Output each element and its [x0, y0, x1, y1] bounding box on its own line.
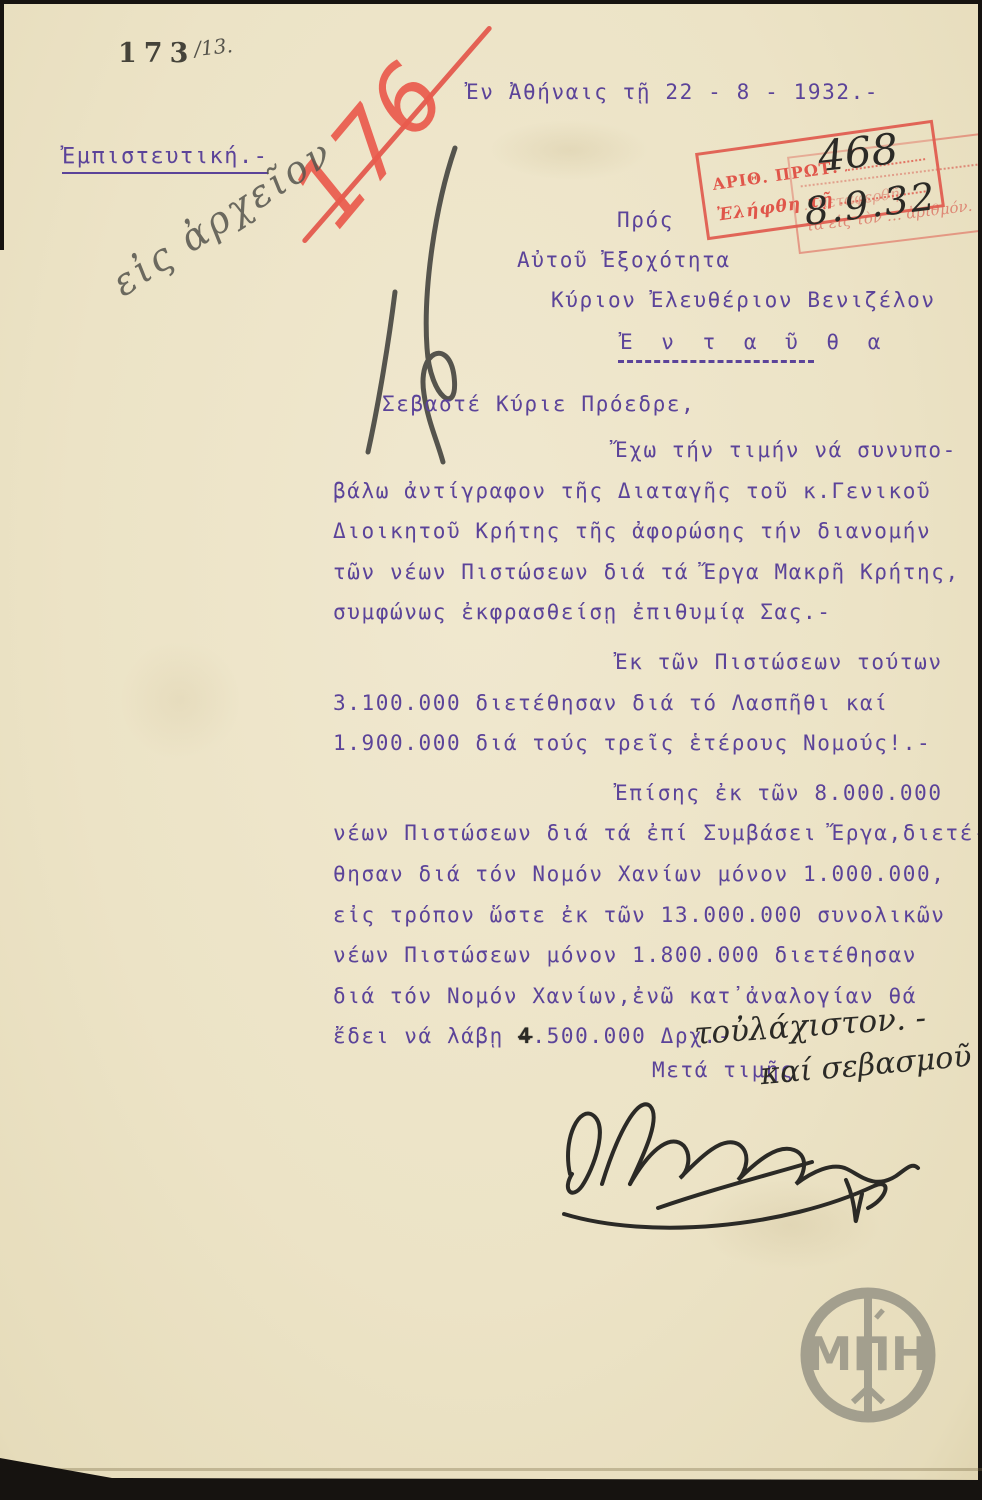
paper-bottom-edge	[0, 1468, 982, 1471]
paper-stain	[120, 640, 240, 760]
overwritten-digit: 4	[518, 1024, 532, 1048]
recipient-intro: Πρός	[617, 208, 674, 232]
archive-number: 173/13.	[118, 38, 234, 69]
scan-edge-bottom	[0, 1452, 982, 1500]
body-line: 3.100.000 διετέθησαν διά τό Λασπῆθι καί	[333, 683, 973, 724]
body-line: τῶν νέων Πιστώσεων διά τά Ἔργα Μακρῆ Κρή…	[333, 552, 973, 593]
body-line: εἰς τρόπον ὥστε ἐκ τῶν 13.000.000 συνολι…	[333, 895, 973, 936]
pencil-number	[335, 140, 485, 470]
archive-number-stamped: 173	[118, 38, 195, 69]
receipt-stamp: …μεταφερθῆ- τα εἰς τὸν … ἀριθμόν. ΑΡΙΘ. …	[700, 126, 982, 256]
recipient-name: Κύριον Ἐλευθέριον Βενιζέλον	[551, 288, 936, 312]
archive-monogram-stamp: ΜΠΗ	[793, 1280, 943, 1430]
signature	[540, 1076, 930, 1246]
body-line: νέων Πιστώσεων μόνον 1.800.000 διετέθησα…	[333, 935, 973, 976]
dateline: Ἐν Ἀθήναις τῇ 22 - 8 - 1932.-	[466, 80, 879, 104]
recipient-place: Ἐ ν τ α ῦ θ α	[620, 330, 888, 354]
archive-number-handwritten: /13.	[193, 33, 234, 61]
scanned-letter-page: 173/13. Ἐν Ἀθήναις τῇ 22 - 8 - 1932.- Ἐμ…	[0, 0, 982, 1500]
body-line: Ἐπίσης ἐκ τῶν 8.000.000	[333, 773, 973, 814]
monogram-letters: ΜΠΗ	[807, 1327, 930, 1381]
body-line: βάλω ἀντίγραφον τῆς Διαταγῆς τοῦ κ.Γενικ…	[333, 471, 973, 512]
body-line: θησαν διά τόν Νομόν Χανίων μόνον 1.000.0…	[333, 854, 973, 895]
letter-body: Ἔχω τήν τιμήν νά συνυπο- βάλω ἀντίγραφον…	[333, 430, 973, 1057]
body-line: νέων Πιστώσεων διά τά ἐπί Συμβάσει Ἔργα,…	[333, 813, 973, 854]
body-line-text: ἔδει νά λάβῃ	[333, 1024, 518, 1048]
scan-edge-right	[978, 0, 982, 1500]
paper-stain	[490, 120, 650, 180]
body-line: Ἐκ τῶν Πιστώσεων τούτων	[333, 642, 973, 683]
stamp-protocol-number-handwritten: 468	[816, 124, 901, 181]
scan-edge-top	[0, 0, 982, 4]
scan-edge-left	[0, 0, 4, 250]
body-line: 1.900.000 διά τούς τρεῖς ἑτέρους Νομούς!…	[333, 723, 973, 764]
salutation: Σεβαστέ Κύριε Πρόεδρε,	[382, 392, 695, 416]
recipient-place-underline	[618, 360, 814, 363]
body-line: Διοικητοῦ Κρήτης τῆς ἀφορώσης τήν διανομ…	[333, 511, 973, 552]
recipient-title: Αὐτοῦ Ἐξοχότητα	[517, 248, 731, 272]
classification-label: Ἐμπιστευτική.-	[62, 144, 268, 174]
body-line: συμφώνως ἐκφρασθείσῃ ἐπιθυμίᾳ Σας.-	[333, 592, 973, 633]
body-line: Ἔχω τήν τιμήν νά συνυπο-	[333, 430, 973, 471]
